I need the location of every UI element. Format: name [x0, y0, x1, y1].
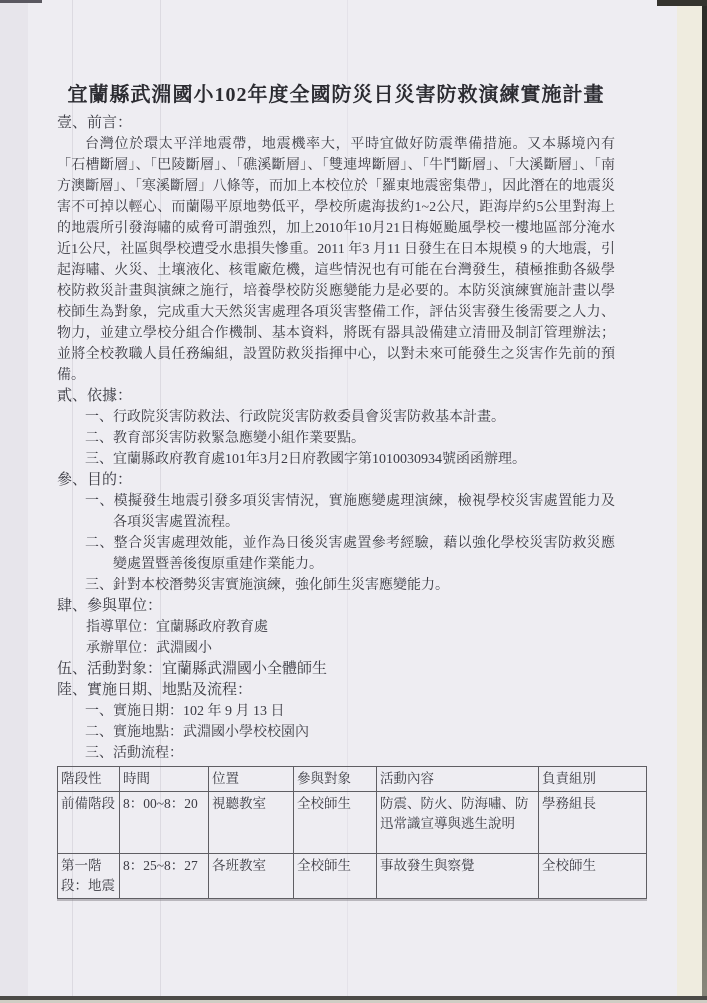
table-cell: 學務組長 — [539, 792, 647, 854]
table-cell: 防震、防火、防海嘯、防迅常識宣導與逃生說明 — [377, 792, 539, 854]
list-item: 一、實施日期：102 年 9 月 13 日 — [85, 701, 615, 722]
unit-line: 承辦單位：武淵國小 — [86, 638, 615, 659]
scanned-document: { "document": { "title": "宜蘭縣武淵國小102年度全國… — [0, 0, 707, 1003]
section-heading-3: 參、目的： — [57, 470, 615, 491]
purpose-list: 一、模擬發生地震引發多項災害情況，實施應變處理演練，檢視學校災害處置能力及各項災… — [85, 491, 615, 596]
participating-units: 指導單位：宜蘭縣政府教育處 承辦單位：武淵國小 — [86, 617, 615, 659]
table-cell: 視聽教室 — [209, 792, 294, 854]
document-page: 宜蘭縣武淵國小102年度全國防災日災害防救演練實施計畫 壹、前言： 台灣位於環太… — [57, 0, 615, 1003]
table-cell: 前備階段 — [58, 792, 120, 854]
section-heading-1: 壹、前言： — [57, 113, 615, 134]
table-cell: 8：00~8：20 — [120, 792, 209, 854]
table-cell: 事故發生與察覺 — [377, 854, 539, 899]
section-heading-6: 陸、實施日期、地點及流程： — [57, 680, 615, 701]
list-item: 二、整合災害處理效能，並作為日後災害處置參考經驗，藉以強化學校災害防救災應變處置… — [85, 533, 615, 575]
table-cell: 全校師生 — [294, 792, 377, 854]
table-header-cell: 活動內容 — [377, 767, 539, 792]
table-cell: 全校師生 — [539, 854, 647, 899]
page-title: 宜蘭縣武淵國小102年度全國防災日災害防救演練實施計畫 — [57, 82, 615, 108]
list-item: 三、宜蘭縣政府教育處101年3月2日府教國字第1010030934號函函辦理。 — [85, 449, 615, 470]
scan-left-shading — [0, 0, 28, 1003]
table-header-row: 階段性 時間 位置 參與對象 活動內容 負責組別 — [58, 767, 647, 792]
activity-flow-table: 階段性 時間 位置 參與對象 活動內容 負責組別 前備階段 8：00~8：20 … — [57, 766, 647, 899]
table-header-cell: 負責組別 — [539, 767, 647, 792]
table-cell: 各班教室 — [209, 854, 294, 899]
table-header-cell: 參與對象 — [294, 767, 377, 792]
list-item: 一、行政院災害防救法、行政院災害防救委員會災害防救基本計畫。 — [85, 407, 615, 428]
table-row: 第一階段：地震 8：25~8：27 各班教室 全校師生 事故發生與察覺 全校師生 — [58, 854, 647, 899]
table-header-cell: 位置 — [209, 767, 294, 792]
list-item: 一、模擬發生地震引發多項災害情況，實施應變處理演練，檢視學校災害處置能力及各項災… — [85, 491, 615, 533]
section-heading-4: 肆、參與單位： — [57, 596, 615, 617]
list-item: 二、實施地點：武淵國小學校校園內 — [85, 722, 615, 743]
table-cell: 第一階段：地震 — [58, 854, 120, 899]
unit-line: 指導單位：宜蘭縣政府教育處 — [86, 617, 615, 638]
scan-right-border — [702, 0, 707, 1003]
section-heading-2: 貳、依據： — [57, 386, 615, 407]
table-cell: 8：25~8：27 — [120, 854, 209, 899]
list-item: 三、針對本校潛勢災害實施演練，強化師生災害應變能力。 — [85, 575, 615, 596]
section-heading-5: 伍、活動對象：宜蘭縣武淵國小全體師生 — [57, 659, 615, 680]
list-item: 二、教育部災害防救緊急應變小組作業要點。 — [85, 428, 615, 449]
table-header-cell: 時間 — [120, 767, 209, 792]
scan-top-border — [0, 0, 42, 3]
table-row: 前備階段 8：00~8：20 視聽教室 全校師生 防震、防火、防海嘯、防迅常識宣… — [58, 792, 647, 854]
table-cell: 全校師生 — [294, 854, 377, 899]
list-item: 三、活動流程： — [85, 743, 615, 764]
scan-top-border — [657, 0, 707, 6]
table-header-cell: 階段性 — [58, 767, 120, 792]
schedule-list: 一、實施日期：102 年 9 月 13 日 二、實施地點：武淵國小學校校園內 三… — [85, 701, 615, 764]
preface-paragraph: 台灣位於環太平洋地震帶，地震機率大，平時宜做好防震準備措施。又本縣境內有「石槽斷… — [57, 134, 615, 386]
basis-list: 一、行政院災害防救法、行政院災害防救委員會災害防救基本計畫。 二、教育部災害防救… — [85, 407, 615, 470]
